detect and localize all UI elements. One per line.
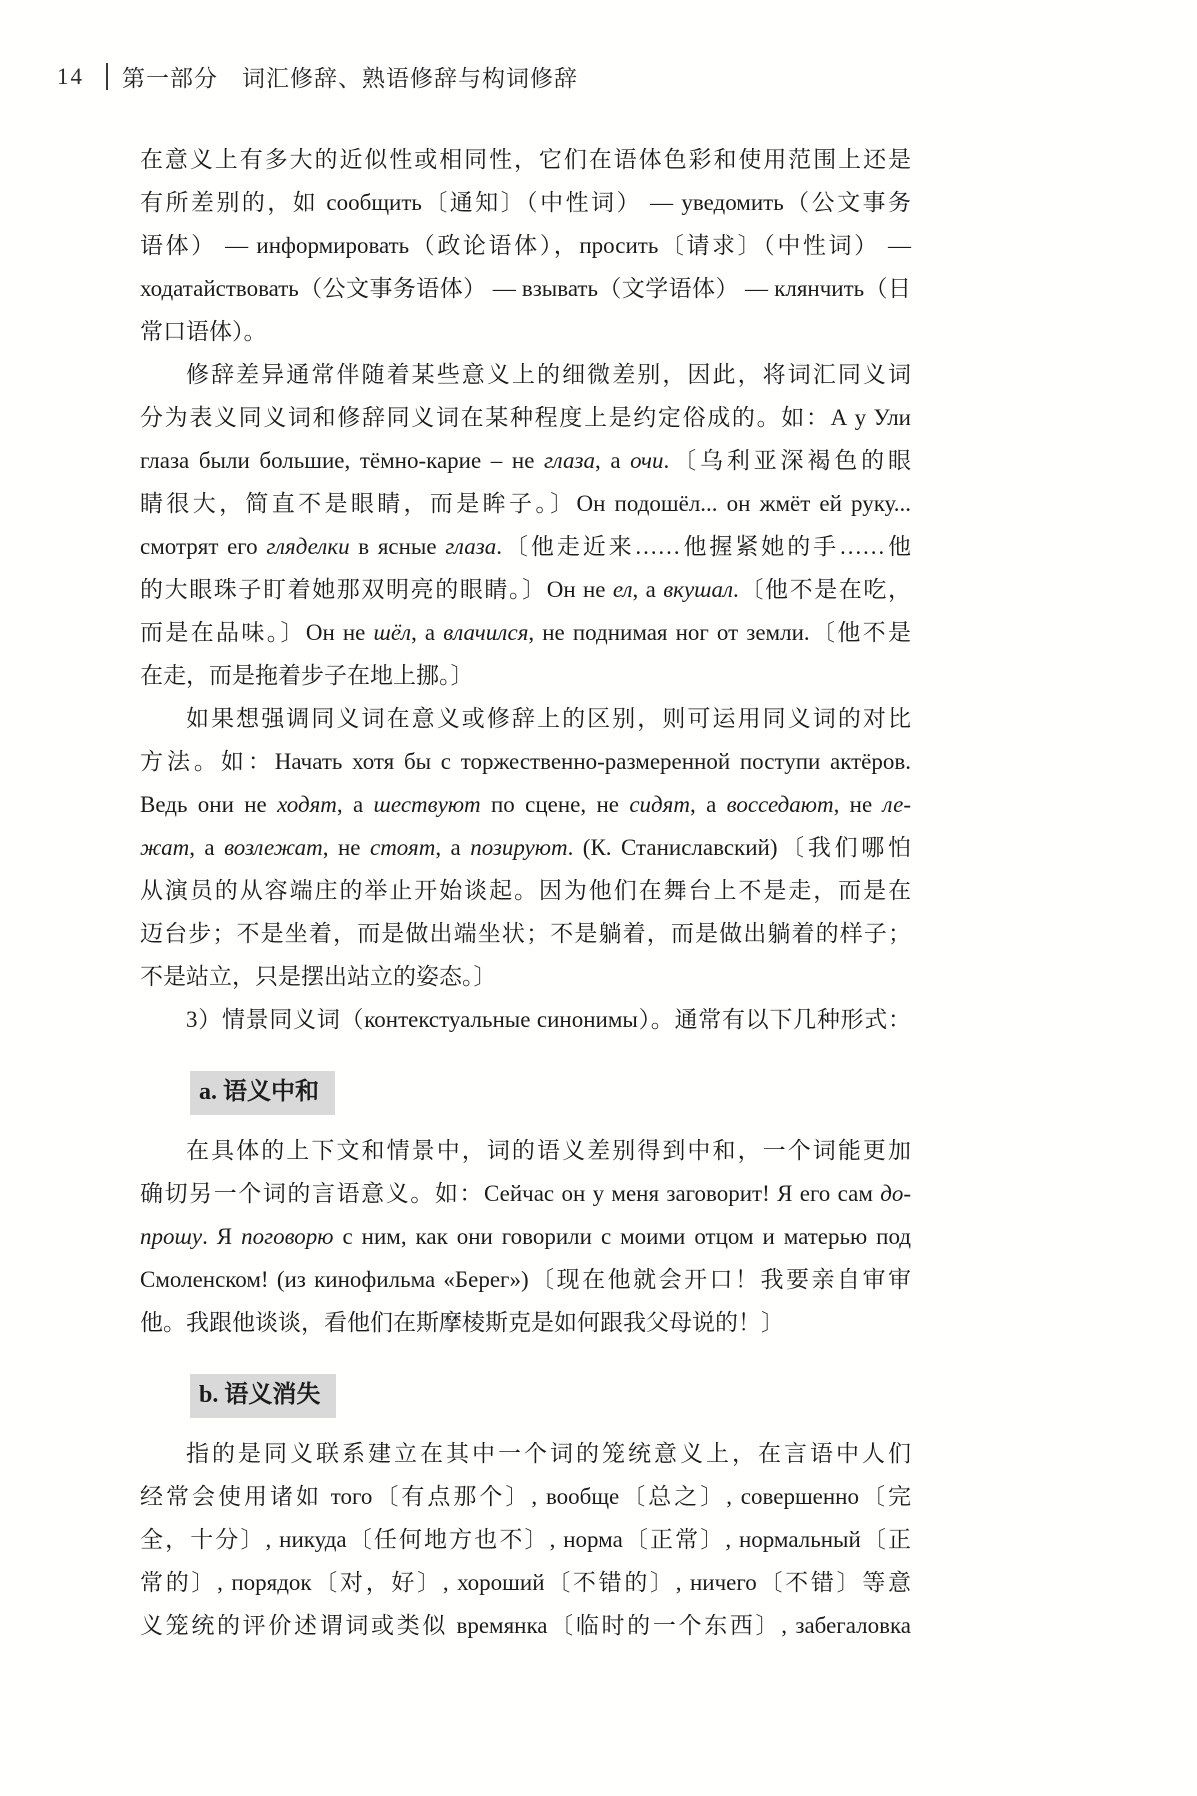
text-line: ходатайствовать（公文事务语体） — взывать（文学语体） … xyxy=(140,267,911,310)
emphasized-word: ле- xyxy=(883,792,911,817)
text-line: Ведь они не ходят, а шествуют по сцене, … xyxy=(140,783,911,826)
text-run: 的大眼珠子盯着她那双明亮的眼睛。〕Он не xyxy=(140,577,613,602)
text-run: , не поднимая ног от земли.〔他不是 xyxy=(528,620,911,645)
emphasized-word: шествуют xyxy=(374,792,481,817)
text-line: 义笼统的评价述谓词或类似 времянка〔临时的一个东西〕, забегало… xyxy=(140,1604,911,1647)
text-run: 在意义上有多大的近似性或相同性，它们在语体色彩和使用范围上还是 xyxy=(140,147,911,172)
text-run: , а xyxy=(690,792,727,817)
text-run: . Я xyxy=(202,1224,241,1249)
text-line: 语体） — информировать（政论语体），просить〔请求〕（中性… xyxy=(140,224,911,267)
text-run: глаза были большие, тёмно-карие – не xyxy=(140,448,544,473)
text-run: Смоленском! (из кинофильма «Берег»)〔现在他就… xyxy=(140,1267,911,1292)
section-heading-label: b. 语义消失 xyxy=(190,1374,336,1418)
emphasized-word: глаза xyxy=(544,448,595,473)
text-run: , а xyxy=(633,577,664,602)
text-run: смотрят его xyxy=(140,534,266,559)
text-line: 有所差别的，如 сообщить〔通知〕（中性词） — уведомить（公文… xyxy=(140,181,911,224)
text-run: b. 语义消失 xyxy=(199,1382,320,1408)
emphasized-word: очи xyxy=(630,448,663,473)
text-run: , а xyxy=(189,835,224,860)
text-run: с ним, как они говорили с моими отцом и … xyxy=(334,1224,912,1249)
emphasized-word: сидят xyxy=(629,792,690,817)
text-run: 有所差别的，如 сообщить〔通知〕（中性词） — уведомить（公文… xyxy=(140,190,911,215)
text-run: 在走，而是拖着步子在地上挪。〕 xyxy=(140,663,474,688)
text-line: 在具体的上下文和情景中，词的语义差别得到中和，一个词能更加 xyxy=(140,1129,911,1172)
text-line: 在意义上有多大的近似性或相同性，它们在语体色彩和使用范围上还是 xyxy=(140,138,911,181)
text-run: 睛很大，简直不是眼睛，而是眸子。〕Он подошёл... он жмёт е… xyxy=(140,491,911,516)
emphasized-word: прошу xyxy=(140,1224,202,1249)
emphasized-word: шёл xyxy=(373,620,411,645)
text-run: в ясные xyxy=(350,534,446,559)
text-line: 3）情景同义词（контекстуальные синонимы）。通常有以下几… xyxy=(140,998,911,1041)
emphasized-word: вкушал xyxy=(663,577,733,602)
text-run: .〔他走近来……他握紧她的手……他 xyxy=(496,534,911,559)
text-line: 修辞差异通常伴随着某些意义上的细微差别，因此，将词汇同义词 xyxy=(140,353,911,396)
text-line: 全，十分〕, никуда〔任何地方也不〕, норма〔正常〕, нормал… xyxy=(140,1518,911,1561)
text-run: 如果想强调同义词在意义或修辞上的区别，则可运用同义词的对比 xyxy=(186,706,911,731)
emphasized-word: позируют xyxy=(470,835,567,860)
page-number: 14 xyxy=(57,64,84,90)
text-line: 指的是同义联系建立在其中一个词的笼统意义上，在言语中人们 xyxy=(140,1432,911,1475)
header-divider-bar xyxy=(106,63,108,90)
text-run: a. 语义中和 xyxy=(199,1079,319,1105)
text-line: 迈台步；不是坐着，而是做出端坐状；不是躺着，而是做出躺着的样子； xyxy=(140,912,911,955)
text-line: 不是站立，只是摆出站立的姿态。〕 xyxy=(140,955,911,998)
text-run: , не xyxy=(323,835,370,860)
running-head: 14 第一部分 词汇修辞、熟语修辞与构词修辞 xyxy=(57,60,578,93)
chapter-title: 第一部分 词汇修辞、熟语修辞与构词修辞 xyxy=(122,60,578,93)
text-run: 分为表义同义词和修辞同义词在某种程度上是约定俗成的。如：А у Ули xyxy=(140,405,911,430)
emphasized-word: ходят xyxy=(277,792,337,817)
text-line: смотрят его гляделки в ясные глаза.〔他走近来… xyxy=(140,525,911,568)
text-run: 迈台步；不是坐着，而是做出端坐状；不是躺着，而是做出躺着的样子； xyxy=(140,921,911,946)
text-run: по сцене, не xyxy=(481,792,630,817)
text-run: ходатайствовать（公文事务语体） — взывать（文学语体） … xyxy=(140,276,911,301)
text-line: 常的〕, порядок〔对，好〕, хороший〔不错的〕, ничего〔… xyxy=(140,1561,911,1604)
text-run: 常口语体）。 xyxy=(140,319,267,344)
emphasized-word: стоят xyxy=(370,835,435,860)
emphasized-word: до- xyxy=(880,1181,911,1206)
text-line: 睛很大，简直不是眼睛，而是眸子。〕Он подошёл... он жмёт е… xyxy=(140,482,911,525)
text-run: 在具体的上下文和情景中，词的语义差别得到中和，一个词能更加 xyxy=(186,1138,911,1163)
text-run: 全，十分〕, никуда〔任何地方也不〕, норма〔正常〕, нормал… xyxy=(140,1527,911,1552)
emphasized-word: гляделки xyxy=(266,534,349,559)
text-line: 经常会使用诸如 того〔有点那个〕, вообще〔总之〕, совершен… xyxy=(140,1475,911,1518)
text-run: . (К. Станиславский)〔我们哪怕 xyxy=(568,835,911,860)
emphasized-word: ел xyxy=(613,577,633,602)
text-run: 不是站立，只是摆出站立的姿态。〕 xyxy=(140,964,497,989)
text-line: 的大眼珠子盯着她那双明亮的眼睛。〕Он не ел, а вкушал.〔他不是… xyxy=(140,568,911,611)
text-line: глаза были большие, тёмно-карие – не гла… xyxy=(140,439,911,482)
text-line: 分为表义同义词和修辞同义词在某种程度上是约定俗成的。如：А у Ули xyxy=(140,396,911,439)
section-heading-label: a. 语义中和 xyxy=(190,1071,335,1115)
text-line: прошу. Я поговорю с ним, как они говорил… xyxy=(140,1215,911,1258)
text-line: 常口语体）。 xyxy=(140,310,911,353)
text-run: 常的〕, порядок〔对，好〕, хороший〔不错的〕, ничего〔… xyxy=(140,1570,911,1595)
text-line: 方法。如：Начать хотя бы с торжественно-разме… xyxy=(140,740,911,783)
text-run: 修辞差异通常伴随着某些意义上的细微差别，因此，将词汇同义词 xyxy=(186,362,911,387)
text-run: Ведь они не xyxy=(140,792,277,817)
text-run: 3）情景同义词（контекстуальные синонимы）。通常有以下几… xyxy=(186,1007,911,1032)
text-run: .〔乌利亚深褐色的眼 xyxy=(664,448,911,473)
text-line: 从演员的从容端庄的举止开始谈起。因为他们在舞台上不是走，而是在 xyxy=(140,869,911,912)
text-run: 经常会使用诸如 того〔有点那个〕, вообще〔总之〕, совершен… xyxy=(140,1484,911,1509)
text-run: , не xyxy=(834,792,883,817)
text-run: 他。我跟他谈谈，看他们在斯摩棱斯克是如何跟我父母说的！〕 xyxy=(140,1310,784,1335)
emphasized-word: поговорю xyxy=(241,1224,333,1249)
text-run: , а xyxy=(435,835,470,860)
emphasized-word: восседают xyxy=(727,792,834,817)
emphasized-word: жат xyxy=(140,835,189,860)
text-run: 从演员的从容端庄的举止开始谈起。因为他们在舞台上不是走，而是在 xyxy=(140,878,911,903)
section-heading: a. 语义中和 xyxy=(140,1071,911,1115)
text-line: Смоленском! (из кинофильма «Берег»)〔现在他就… xyxy=(140,1258,911,1301)
text-run: 语体） — информировать（政论语体），просить〔请求〕（中性… xyxy=(140,233,911,258)
text-line: жат, а возлежат, не стоят, а позируют. (… xyxy=(140,826,911,869)
text-line: 他。我跟他谈谈，看他们在斯摩棱斯克是如何跟我父母说的！〕 xyxy=(140,1301,911,1344)
text-line: 确切另一个词的言语意义。如：Сейчас он у меня заговорит… xyxy=(140,1172,911,1215)
text-run: 方法。如：Начать хотя бы с торжественно-разме… xyxy=(140,749,911,774)
emphasized-word: глаза xyxy=(445,534,496,559)
text-run: 义笼统的评价述谓词或类似 времянка〔临时的一个东西〕, забегало… xyxy=(140,1613,911,1638)
text-run: , а xyxy=(595,448,630,473)
text-run: 确切另一个词的言语意义。如：Сейчас он у меня заговорит… xyxy=(140,1181,880,1206)
text-run: 而是在品味。〕Он не xyxy=(140,620,373,645)
text-run: , а xyxy=(411,620,443,645)
emphasized-word: возлежат xyxy=(224,835,323,860)
text-line: 如果想强调同义词在意义或修辞上的区别，则可运用同义词的对比 xyxy=(140,697,911,740)
text-line: 而是在品味。〕Он не шёл, а влачился, не поднима… xyxy=(140,611,911,654)
emphasized-word: влачился xyxy=(443,620,528,645)
text-run: , а xyxy=(337,792,374,817)
book-page: 14 第一部分 词汇修辞、熟语修辞与构词修辞 在意义上有多大的近似性或相同性，它… xyxy=(0,0,1197,1796)
section-heading: b. 语义消失 xyxy=(140,1374,911,1418)
text-line: 在走，而是拖着步子在地上挪。〕 xyxy=(140,654,911,697)
text-run: .〔他不是在吃， xyxy=(733,577,911,602)
text-run: 指的是同义联系建立在其中一个词的笼统意义上，在言语中人们 xyxy=(186,1441,911,1466)
text-column: 在意义上有多大的近似性或相同性，它们在语体色彩和使用范围上还是有所差别的，如 с… xyxy=(140,138,911,1647)
